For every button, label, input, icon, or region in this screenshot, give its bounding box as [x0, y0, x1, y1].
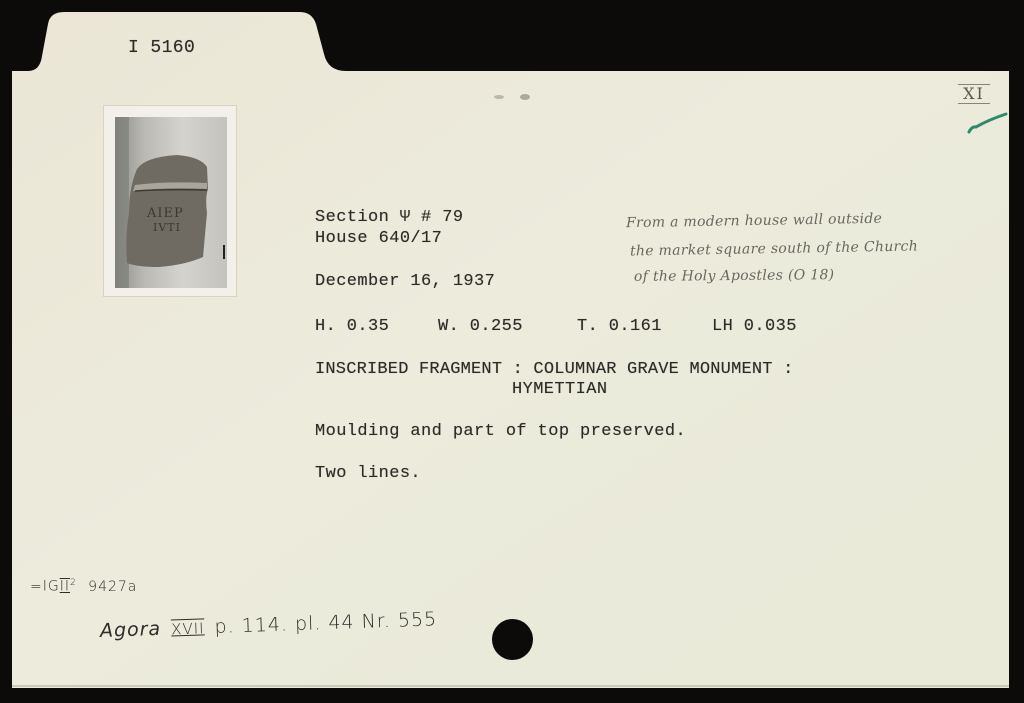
findspot-note-line-3: of the Holy Apostles (O 18) [634, 267, 835, 285]
house-line: House 640/17 [315, 229, 442, 248]
green-check-mark-icon [966, 110, 1010, 136]
ig-prefix: =IG [30, 579, 60, 595]
dimension-height: H. 0.35 [315, 317, 389, 336]
artifact-photo: AIEP IVTI [115, 117, 227, 288]
agora-prefix: Agora [100, 618, 162, 642]
classification-line-1: INSCRIBED FRAGMENT : COLUMNAR GRAVE MONU… [315, 360, 793, 379]
corner-mark: XI [958, 84, 990, 104]
agora-volume: XVII [171, 619, 205, 638]
stone-fragment-image: AIEP IVTI [115, 117, 227, 288]
ig-number: 9427a [88, 579, 137, 595]
dimension-thickness: T. 0.161 [577, 317, 662, 336]
svg-text:AIEP: AIEP [146, 206, 184, 221]
ig-superscript: 2 [70, 578, 77, 588]
section-line: Section Ψ # 79 [315, 208, 463, 227]
description: Moulding and part of top preserved. [315, 422, 686, 441]
ig-volume: II [60, 579, 70, 595]
smudge-mark [494, 95, 504, 99]
punch-hole [492, 619, 533, 660]
classification-line-2: HYMETTIAN [512, 380, 607, 399]
svg-text:IVTI: IVTI [153, 221, 181, 234]
smudge-mark [520, 94, 530, 100]
catalog-number: I 5160 [128, 38, 195, 58]
ig-reference: =IGII2 9427a [30, 578, 137, 595]
photo-mount: AIEP IVTI [103, 105, 237, 297]
lines-note: Two lines. [315, 464, 421, 483]
dimension-width: W. 0.255 [438, 317, 523, 336]
dimension-letter-height: LH 0.035 [712, 317, 797, 336]
excavation-date: December 16, 1937 [315, 272, 495, 291]
